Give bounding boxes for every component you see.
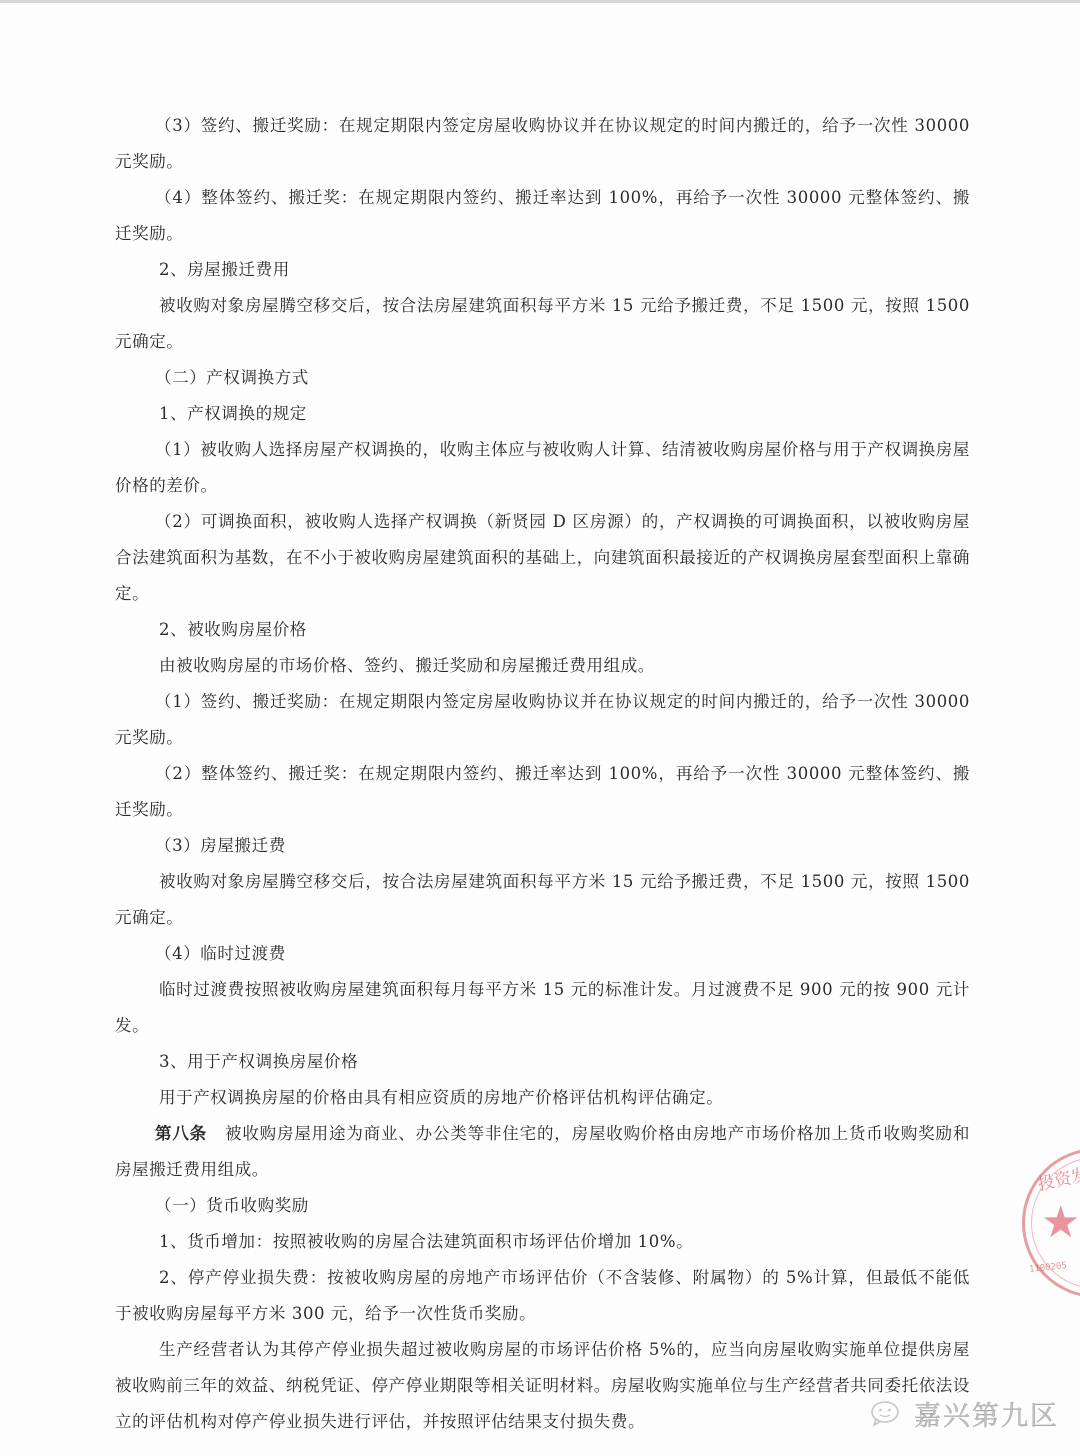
- official-seal: 投资发 ★ 1100205: [1022, 1148, 1080, 1298]
- article-eight-text: 被收购房屋用途为商业、办公类等非住宅的，房屋收购价格由房地产市场价格加上货币收购…: [115, 1124, 970, 1179]
- paragraph-business-loss-fee: 2、停产停业损失费：按被收购房屋的房地产市场评估价（不含装修、附属物）的 5%计…: [115, 1260, 970, 1332]
- heading-exchange-rules: 1、产权调换的规定: [115, 396, 970, 432]
- watermark-text: 嘉兴第九区: [914, 1394, 1059, 1433]
- paragraph-monetary-increase: 1、货币增加：按照被收购的房屋合法建筑面积市场评估价增加 10%。: [115, 1224, 970, 1260]
- document-page: （3）签约、搬迁奖励：在规定期限内签定房屋收购协议并在协议规定的时间内搬迁的，给…: [115, 108, 970, 1440]
- paragraph-transition-fee-detail: 临时过渡费按照被收购房屋建筑面积每月每平方米 15 元的标准计发。月过渡费不足 …: [115, 972, 970, 1044]
- heading-relocation-fee-3: （3）房屋搬迁费: [115, 828, 970, 864]
- heading-acquired-house-price: 2、被收购房屋价格: [115, 612, 970, 648]
- paragraph-relocation-fees: 被收购对象房屋腾空移交后，按合法房屋建筑面积每平方米 15 元给予搬迁费，不足 …: [115, 288, 970, 360]
- paragraph-signing-reward-3: （3）签约、搬迁奖励：在规定期限内签定房屋收购协议并在协议规定的时间内搬迁的，给…: [115, 108, 970, 180]
- wechat-watermark: 嘉兴第九区: [870, 1394, 1059, 1433]
- paragraph-signing-reward-1: （1）签约、搬迁奖励：在规定期限内签定房屋收购协议并在协议规定的时间内搬迁的，给…: [115, 684, 970, 756]
- article-eight: 第八条被收购房屋用途为商业、办公类等非住宅的，房屋收购价格由房地产市场价格加上货…: [115, 1116, 970, 1188]
- heading-property-exchange: （二）产权调换方式: [115, 360, 970, 396]
- heading-transition-fee-4: （4）临时过渡费: [115, 936, 970, 972]
- paragraph-relocation-fee-detail: 被收购对象房屋腾空移交后，按合法房屋建筑面积每平方米 15 元给予搬迁费，不足 …: [115, 864, 970, 936]
- heading-relocation-fees: 2、房屋搬迁费用: [115, 252, 970, 288]
- article-number: 第八条: [155, 1124, 207, 1143]
- paragraph-overall-signing-reward-2: （2）整体签约、搬迁奖：在规定期限内签约、搬迁率达到 100%，再给予一次性 3…: [115, 756, 970, 828]
- wechat-icon: [870, 1399, 906, 1429]
- star-icon: ★: [1041, 1201, 1080, 1245]
- paragraph-loss-assessment: 生产经营者认为其停产停业损失超过被收购房屋的市场评估价格 5%的，应当向房屋收购…: [115, 1332, 970, 1440]
- heading-monetary-reward: （一）货币收购奖励: [115, 1188, 970, 1224]
- heading-exchange-house-price: 3、用于产权调换房屋价格: [115, 1044, 970, 1080]
- paragraph-exchange-rule-2: （2）可调换面积，被收购人选择产权调换（新贤园 D 区房源）的，产权调换的可调换…: [115, 504, 970, 612]
- paragraph-exchange-rule-1: （1）被收购人选择房屋产权调换的，收购主体应与被收购人计算、结清被收购房屋价格与…: [115, 432, 970, 504]
- paragraph-overall-signing-reward-4: （4）整体签约、搬迁奖：在规定期限内签约、搬迁率达到 100%，再给予一次性 3…: [115, 180, 970, 252]
- page-top-edge: [0, 0, 1080, 3]
- paragraph-price-composition: 由被收购房屋的市场价格、签约、搬迁奖励和房屋搬迁费用组成。: [115, 648, 970, 684]
- paragraph-exchange-house-price: 用于产权调换房屋的价格由具有相应资质的房地产价格评估机构评估确定。: [115, 1080, 970, 1116]
